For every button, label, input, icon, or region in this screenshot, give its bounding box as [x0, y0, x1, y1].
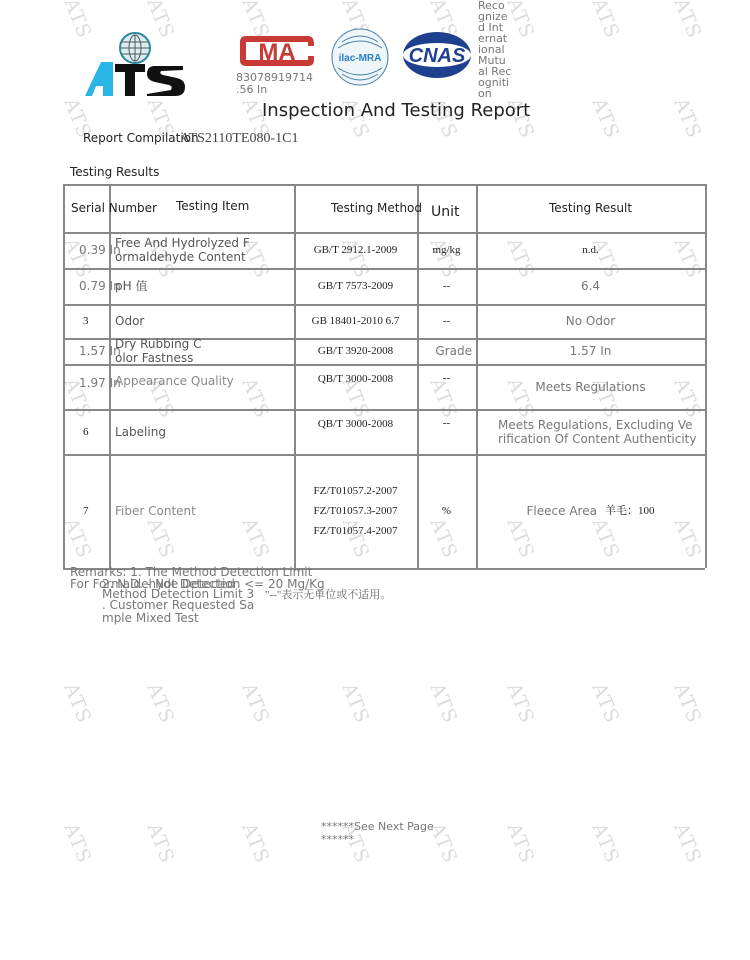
testing-result-text: Meets Regulations: [535, 380, 645, 394]
serial-number-cell: 0.39 In: [79, 232, 119, 268]
testing-method-cell: GB/T 3920-2008: [294, 338, 417, 364]
unit-cell: --: [417, 364, 476, 409]
watermark-ats: ATS: [670, 820, 706, 867]
watermark-ats: ATS: [588, 680, 624, 727]
testing-result-cell: Fleece Area羊毛：100: [476, 454, 705, 568]
watermark-ats: ATS: [143, 820, 179, 867]
recognition-overlay-text: Reco gnize d Int ernat ional Mutu al Rec…: [478, 0, 511, 99]
testing-method-cell: GB/T 2912.1-2009: [294, 232, 417, 268]
testing-result-extra: 羊毛：100: [605, 504, 655, 518]
serial-number-cell: 1.57 In: [79, 338, 119, 364]
watermark-ats: ATS: [670, 95, 706, 142]
header-testing-result: Testing Result: [476, 184, 705, 232]
unit-cell: --: [417, 304, 476, 338]
testing-item-cell: pH 值: [115, 268, 295, 304]
testing-result-cell: n.d.: [476, 232, 705, 268]
remarks-line-4: . Customer Requested Sa mple Mixed Test: [102, 599, 254, 625]
table-gridline: [705, 184, 707, 568]
watermark-ats: ATS: [426, 680, 462, 727]
testing-result-text: Meets Regulations, Excluding Ve rificati…: [498, 418, 697, 446]
testing-result-text: 1.57 In: [570, 344, 612, 358]
unit-cell: %: [417, 454, 476, 568]
testing-method-cell: GB/T 7573-2009: [294, 268, 417, 304]
testing-item-cell: Fiber Content: [115, 454, 295, 568]
watermark-ats: ATS: [60, 820, 96, 867]
testing-result-cell: 6.4: [476, 268, 705, 304]
testing-item-cell: Free And Hydrolyzed F ormaldehyde Conten…: [115, 232, 295, 268]
testing-item-cell: Dry Rubbing C olor Fastness: [115, 338, 295, 364]
testing-item-cell: Labeling: [115, 409, 295, 454]
header-serial-number: Serial Number: [71, 184, 151, 232]
watermark-ats: ATS: [238, 680, 274, 727]
watermark-ats: ATS: [338, 680, 374, 727]
testing-method-cell: FZ/T01057.2-2007 FZ/T01057.3-2007 FZ/T01…: [294, 454, 417, 568]
unit-cell: --: [417, 268, 476, 304]
testing-result-cell: Meets Regulations: [476, 364, 705, 409]
testing-result-text: 6.4: [581, 279, 600, 293]
report-title: Inspection And Testing Report: [262, 100, 530, 121]
header-unit: Unit: [431, 184, 476, 236]
phone-overlay-text: 83078919714 .56 In: [236, 72, 313, 96]
section-title: Testing Results: [70, 165, 159, 179]
watermark-ats: ATS: [670, 680, 706, 727]
unit-cell: --: [417, 409, 476, 454]
watermark-ats: ATS: [588, 820, 624, 867]
svg-text:CNAS: CNAS: [409, 45, 466, 67]
testing-result-text: n.d.: [582, 244, 599, 256]
cnas-logo: CNAS: [401, 30, 473, 80]
results-table: Serial NumberTesting ItemTesting MethodU…: [63, 184, 705, 568]
ats-logo: [83, 32, 187, 98]
watermark-ats: ATS: [503, 680, 539, 727]
watermark-ats: ATS: [60, 680, 96, 727]
see-next-page: ******See Next Page ******: [321, 820, 434, 846]
testing-result-cell: 1.57 In: [476, 338, 705, 364]
watermark-ats: ATS: [670, 0, 706, 42]
watermark-ats: ATS: [503, 820, 539, 867]
watermark-ats: ATS: [143, 680, 179, 727]
testing-result-text: Fleece Area: [527, 504, 597, 518]
header-testing-item: Testing Item: [176, 182, 296, 230]
header-testing-method: Testing Method: [331, 184, 421, 232]
unit-cell: Grade: [417, 338, 476, 364]
svg-text:MA: MA: [258, 39, 295, 66]
svg-text:ilac-MRA: ilac-MRA: [339, 53, 382, 64]
report-number: ATS2110TE080-1C1: [180, 131, 298, 147]
table-gridline: [63, 184, 65, 568]
watermark-ats: ATS: [238, 820, 274, 867]
watermark-ats: ATS: [588, 0, 624, 42]
testing-method-cell: GB 18401-2010 6.7: [294, 304, 417, 338]
testing-result-cell: Meets Regulations, Excluding Ve rificati…: [476, 409, 705, 454]
watermark-ats: ATS: [588, 95, 624, 142]
unit-cell: mg/kg: [417, 232, 476, 268]
serial-number-cell: 0.79 In: [79, 268, 119, 304]
remarks-line-3-cn: "--"表示无单位或不适用。: [265, 586, 391, 602]
testing-result-cell: No Odor: [476, 304, 705, 338]
testing-result-text: No Odor: [566, 314, 615, 328]
cma-logo: MA: [238, 30, 316, 72]
ilac-mra-logo: ilac-MRA: [330, 26, 390, 88]
testing-item-cell: Odor: [115, 304, 295, 338]
